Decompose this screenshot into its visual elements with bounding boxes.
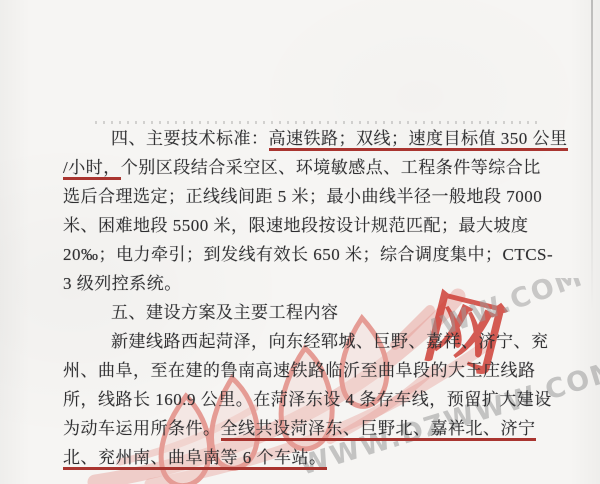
text-line: 新建线路西起菏泽，向东经郓城、巨野、嘉祥、济宁、兖 [63, 327, 549, 356]
text-line: 3 级列控系统。 [63, 269, 549, 298]
text-segment: 州、曲阜，至在建的鲁南高速铁路临沂至曲阜段的大王庄线路 [63, 361, 536, 380]
text-line: 五、建设方案及主要工程内容 [63, 298, 549, 327]
text-line: 四、主要技术标准：高速铁路；双线；速度目标值 350 公里 [63, 124, 549, 153]
scan-noise-artifact [95, 121, 540, 124]
text-segment: 新建线路西起菏泽，向东经郓城、巨野、嘉祥、济宁、兖 [111, 332, 549, 351]
text-line: 北、兖州南、曲阜南等 6 个车站。 [63, 443, 549, 472]
scan-edge-artifact [591, 0, 593, 310]
red-underlined-text: 全线共设菏泽东、巨野北、嘉祥北、济宁 [221, 419, 536, 441]
text-line: 20‰；电力牵引；到发线有效长 650 米；综合调度集中；CTCS- [63, 240, 549, 269]
text-line: 选后合理选定；正线线间距 5 米；最小曲线半径一般地段 7000 [63, 182, 549, 211]
text-segment: 米、困难地段 5500 米，限速地段按设计规范匹配；最大坡度 [63, 216, 529, 235]
text-line: 所，线路长 160.9 公里。在菏泽东设 4 条存车线，预留扩大建设 [63, 385, 549, 414]
text-segment: 四、主要技术标准： [111, 129, 269, 148]
text-line: 州、曲阜，至在建的鲁南高速铁路临沂至曲阜段的大王庄线路 [63, 356, 549, 385]
text-segment: 选后合理选定；正线线间距 5 米；最小曲线半径一般地段 7000 [63, 187, 542, 206]
text-segment: 个别区段结合采空区、环境敏感点、工程条件等综合比 [121, 158, 541, 177]
scanned-document-page: 网 WWW.DZWWW.COM WWW.DZWWW.COM 四、主要技术标准：高… [0, 0, 600, 484]
text-segment: 为动车运用所条件。 [63, 419, 221, 438]
text-segment: 五、建设方案及主要工程内容 [111, 303, 339, 322]
red-underlined-text: 高速铁路；双线；速度目标值 350 公里 [269, 129, 568, 151]
red-underlined-text: 北、兖州南、曲阜南等 6 个车站。 [63, 448, 327, 470]
text-segment: 3 级列控系统。 [63, 274, 182, 293]
text-line: 为动车运用所条件。全线共设菏泽东、巨野北、嘉祥北、济宁 [63, 414, 549, 443]
red-underlined-text: /小时， [63, 158, 121, 180]
document-body: 四、主要技术标准：高速铁路；双线；速度目标值 350 公里/小时，个别区段结合采… [63, 124, 549, 472]
text-segment: 20‰；电力牵引；到发线有效长 650 米；综合调度集中；CTCS- [63, 245, 553, 264]
text-line: 米、困难地段 5500 米，限速地段按设计规范匹配；最大坡度 [63, 211, 549, 240]
text-line: /小时，个别区段结合采空区、环境敏感点、工程条件等综合比 [63, 153, 549, 182]
text-segment: 所，线路长 160.9 公里。在菏泽东设 4 条存车线，预留扩大建设 [63, 390, 552, 409]
